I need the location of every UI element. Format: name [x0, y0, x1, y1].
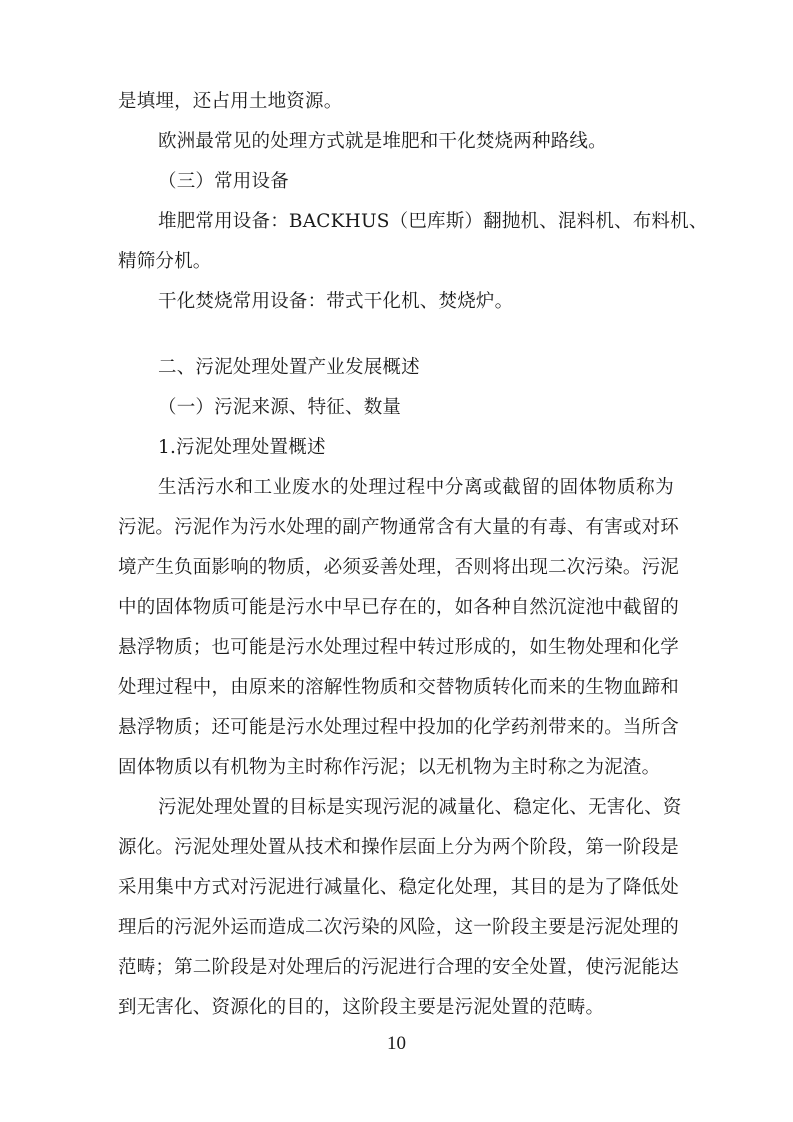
text-line: （三）常用设备	[118, 170, 674, 194]
text-line: 悬浮物质；还可能是污水处理过程中投加的化学药剂带来的。当所含	[118, 716, 674, 740]
text-line: 范畴；第二阶段是对处理后的污泥进行合理的安全处置，使污泥能达	[118, 956, 674, 980]
text-line: 污泥。污泥作为污水处理的副产物通常含有大量的有毒、有害或对环	[118, 516, 674, 540]
text-line: 污泥处理处置的目标是实现污泥的减量化、稳定化、无害化、资	[118, 796, 674, 820]
text-line: 理后的污泥外运而造成二次污染的风险，这一阶段主要是污泥处理的	[118, 916, 674, 940]
text-line: 二、污泥处理处置产业发展概述	[118, 356, 674, 380]
text-line: 到无害化、资源化的目的，这阶段主要是污泥处置的范畴。	[118, 996, 674, 1020]
text-line: 是填埋，还占用土地资源。	[118, 90, 674, 114]
text-line: 悬浮物质；也可能是污水处理过程中转过形成的，如生物处理和化学	[118, 636, 674, 660]
text-line: 干化焚烧常用设备：带式干化机、焚烧炉。	[118, 290, 674, 314]
text-line: 精筛分机。	[118, 250, 674, 274]
text-line: 堆肥常用设备：BACKHUS（巴库斯）翻抛机、混料机、布料机、	[118, 210, 674, 234]
page-number: 10	[0, 1033, 793, 1055]
text-line: 境产生负面影响的物质，必须妥善处理，否则将出现二次污染。污泥	[118, 556, 674, 580]
text-line: 采用集中方式对污泥进行减量化、稳定化处理，其目的是为了降低处	[118, 876, 674, 900]
text-line: 1.污泥处理处置概述	[118, 436, 674, 460]
text-line: （一）污泥来源、特征、数量	[118, 396, 674, 420]
text-line: 固体物质以有机物为主时称作污泥；以无机物为主时称之为泥渣。	[118, 756, 674, 780]
document-page: 是填埋，还占用土地资源。欧洲最常见的处理方式就是堆肥和干化焚烧两种路线。（三）常…	[0, 0, 793, 1122]
text-line: 处理过程中，由原来的溶解性物质和交替物质转化而来的生物血蹄和	[118, 676, 674, 700]
text-line: 源化。污泥处理处置从技术和操作层面上分为两个阶段，第一阶段是	[118, 836, 674, 860]
text-line: 生活污水和工业废水的处理过程中分离或截留的固体物质称为	[118, 476, 674, 500]
text-line: 中的固体物质可能是污水中早已存在的，如各种自然沉淀池中截留的	[118, 596, 674, 620]
text-line: 欧洲最常见的处理方式就是堆肥和干化焚烧两种路线。	[118, 130, 674, 154]
